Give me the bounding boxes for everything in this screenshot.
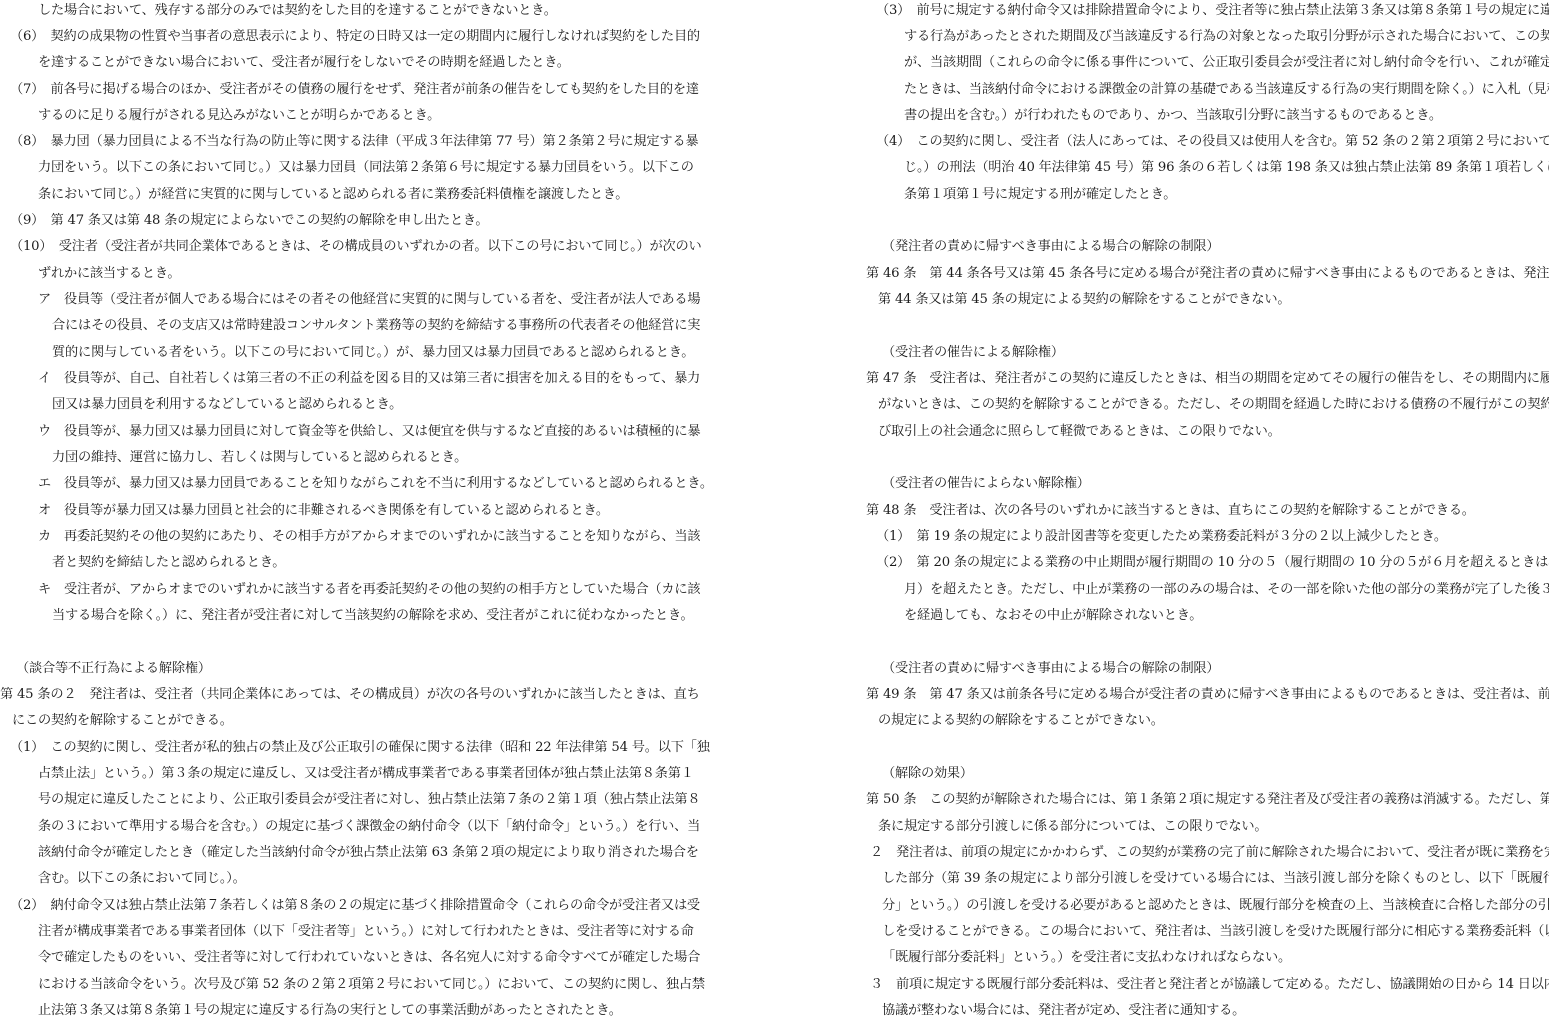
text-line: 協議が整わない場合には、発注者が定め、受注者に通知する。 [882, 1002, 1245, 1016]
text-line: 占禁止法」という。）第３条の規定に違反し、又は受注者が構成事業者である事業者団体… [38, 765, 694, 783]
text-line: （解除の効果） [882, 765, 973, 783]
text-line: 力団をいう。以下この条において同じ。）又は暴力団員（同法第２条第６号に規定する暴… [38, 159, 694, 177]
text-line: 第 49 条 第 47 条又は前条各号に定める場合が受注者の責めに帰すべき事由に… [866, 686, 1549, 704]
text-line: （6） 契約の成果物の性質や当事者の意思表示により、特定の日時又は一定の期間内に… [10, 28, 700, 46]
text-line: 合にはその役員、その支店又は常時建設コンサルタント業務等の契約を締結する事務所の… [52, 317, 700, 335]
text-line: キ 受注者が、アからオまでのいずれかに該当する者を再委託契約その他の契約の相手方… [38, 581, 700, 599]
text-line: じ。）の刑法（明治 40 年法律第 45 号）第 96 条の６若しくは第 198… [904, 159, 1549, 177]
text-line: （発注者の責めに帰すべき事由による場合の解除の制限） [882, 238, 1219, 256]
text-line: 止法第３条又は第８条第１号の規定に違反する行為の実行としての事業活動があったとさ… [38, 1002, 622, 1016]
text-line: 該納付命令が確定したとき（確定した当該納付命令が独占禁止法第 63 条第２項の規… [38, 844, 699, 862]
text-line: にこの契約を解除することができる。 [12, 712, 233, 730]
text-line: 月）を超えたとき。ただし、中止が業務の一部のみの場合は、その一部を除いた他の部分… [904, 581, 1549, 599]
text-line: 団又は暴力団員を利用するなどしていると認められるとき。 [52, 396, 402, 414]
text-line: （受注者の催告によらない解除権） [882, 475, 1090, 493]
text-line: 条の３において準用する場合を含む。）の規定に基づく課徴金の納付命令（以下「納付命… [38, 818, 700, 836]
text-line: 第 50 条 この契約が解除された場合には、第１条第２項に規定する発注者及び受注… [866, 791, 1549, 809]
text-line: する行為があったとされた期間及び当該違反する行為の対象となった取引分野が示された… [904, 28, 1549, 46]
text-line: 号の規定に違反したことにより、公正取引委員会が受注者に対し、独占禁止法第７条の２… [38, 791, 700, 809]
text-line: （受注者の責めに帰すべき事由による場合の解除の制限） [882, 660, 1219, 678]
text-line: （10） 受注者（受注者が共同企業体であるときは、その構成員のいずれかの者。以下… [10, 238, 702, 256]
text-line: 条に規定する部分引渡しに係る部分については、この限りでない。 [878, 818, 1267, 836]
text-line: 「既履行部分委託料」という。）を受注者に支払わなければならない。 [882, 949, 1291, 967]
text-line: 条第１項第１号に規定する刑が確定したとき。 [904, 186, 1176, 204]
text-line: 力団の維持、運営に協力し、若しくは関与していると認められるとき。 [52, 449, 467, 467]
text-line: 第 48 条 受注者は、次の各号のいずれかに該当するときは、直ちにこの契約を解除… [866, 502, 1475, 520]
text-line: した部分（第 39 条の規定により部分引渡しを受けている場合には、当該引渡し部分… [882, 870, 1549, 888]
text-line: ウ 役員等が、暴力団又は暴力団員に対して資金等を供給し、又は便宜を供与するなど直… [38, 423, 700, 441]
text-line: を経過しても、なおその中止が解除されないとき。 [904, 607, 1202, 625]
text-line: （受注者の催告による解除権） [882, 344, 1064, 362]
text-line: ３ 前項に規定する既履行部分委託料は、受注者と発注者とが協議して定める。ただし、… [870, 976, 1549, 994]
text-line: 令で確定したものをいい、受注者等に対して行われていないときは、各名宛人に対する命… [38, 949, 700, 967]
text-line: しを受けることができる。この場合において、発注者は、当該引渡しを受けた既履行部分… [882, 923, 1549, 941]
text-line: 分」という。）の引渡しを受ける必要があると認めたときは、既履行部分を検査の上、当… [882, 897, 1549, 915]
text-line: （2） 第 20 条の規定による業務の中止期間が履行期間の 10 分の５（履行期… [876, 554, 1549, 572]
text-line: 第 45 条の２ 発注者は、受注者（共同企業体にあっては、その構成員）が次の各号… [0, 686, 700, 704]
text-line: （8） 暴力団（暴力団員による不当な行為の防止等に関する法律（平成３年法律第 7… [10, 133, 698, 151]
text-line: び取引上の社会通念に照らして軽微であるときは、この限りでない。 [878, 423, 1281, 441]
text-line: を達することができない場合において、受注者が履行をしないでその時期を経過したとき… [38, 54, 570, 72]
text-line: 質的に関与している者をいう。以下この号において同じ。）が、暴力団又は暴力団員であ… [52, 344, 694, 362]
text-line: 者と契約を締結したと認められるとき。 [52, 554, 285, 572]
text-line: した場合において、残存する部分のみでは契約をした目的を達することができないとき。 [38, 2, 557, 20]
text-line: （9） 第 47 条又は第 48 条の規定によらないでこの契約の解除を申し出たと… [10, 212, 488, 230]
text-line: 書の提出を含む。）が行われたものであり、かつ、当該取引分野に該当するものであると… [904, 107, 1442, 125]
text-line: ２ 発注者は、前項の規定にかかわらず、この契約が業務の完了前に解除された場合にお… [870, 844, 1549, 862]
text-line: するのに足りる履行がされる見込みがないことが明らかであるとき。 [38, 107, 440, 125]
text-line: 条において同じ。）が経営に実質的に関与していると認められる者に業務委託料債権を譲… [38, 186, 628, 204]
text-line: 第 44 条又は第 45 条の規定による契約の解除をすることができない。 [878, 291, 1290, 309]
text-line: （談合等不正行為による解除権） [16, 660, 211, 678]
text-line: がないときは、この契約を解除することができる。ただし、その期間を経過した時におけ… [878, 396, 1549, 414]
text-line: （7） 前各号に掲げる場合のほか、受注者がその債務の履行をせず、発注者が前条の催… [10, 81, 699, 99]
text-line: カ 再委託契約その他の契約にあたり、その相手方がアからオまでのいずれかに該当する… [38, 528, 700, 546]
text-line: オ 役員等が暴力団又は暴力団員と社会的に非難されるべき関係を有していると認められ… [38, 502, 609, 520]
text-line: （1） 第 19 条の規定により設計図書等を変更したため業務委託料が３分の２以上… [876, 528, 1447, 546]
text-line: イ 役員等が、自己、自社若しくは第三者の不正の利益を図る目的又は第三者に損害を加… [38, 370, 700, 388]
text-line: 含む。以下この条において同じ。）。 [38, 870, 246, 888]
text-line: 第 47 条 受注者は、発注者がこの契約に違反したときは、相当の期間を定めてその… [866, 370, 1549, 388]
text-line: が、当該期間（これらの命令に係る事件について、公正取引委員会が受注者に対し納付命… [904, 54, 1549, 72]
text-line: 当する場合を除く。）に、発注者が受注者に対して当該契約の解除を求め、受注者がこれ… [52, 607, 693, 625]
text-line: における当該命令をいう。次号及び第 52 条の２第２項第２号において同じ。）にお… [38, 976, 705, 994]
text-line: エ 役員等が、暴力団又は暴力団員であることを知りながらこれを不当に利用するなどし… [38, 475, 713, 493]
text-line: （2） 納付命令又は独占禁止法第７条若しくは第８条の２の規定に基づく排除措置命令… [10, 897, 700, 915]
text-line: の規定による契約の解除をすることができない。 [878, 712, 1164, 730]
text-line: たときは、当該納付命令における課徴金の計算の基礎である当該違反する行為の実行期間… [904, 81, 1549, 99]
text-line: （4） この契約に関し、受注者（法人にあっては、その役員又は使用人を含む。第 5… [876, 133, 1549, 151]
text-line: 注者が構成事業者である事業者団体（以下「受注者等」という。）に対して行われたとき… [38, 923, 694, 941]
text-line: （1） この契約に関し、受注者が私的独占の禁止及び公正取引の確保に関する法律（昭… [10, 739, 710, 757]
text-line: 第 46 条 第 44 条各号又は第 45 条各号に定める場合が発注者の責めに帰… [866, 265, 1549, 283]
text-line: （3） 前号に規定する納付命令又は排除措置命令により、受注者等に独占禁止法第３条… [876, 2, 1549, 20]
text-line: ずれかに該当するとき。 [38, 265, 180, 283]
text-line: ア 役員等（受注者が個人である場合にはその者その他経営に実質的に関与している者を… [38, 291, 700, 309]
